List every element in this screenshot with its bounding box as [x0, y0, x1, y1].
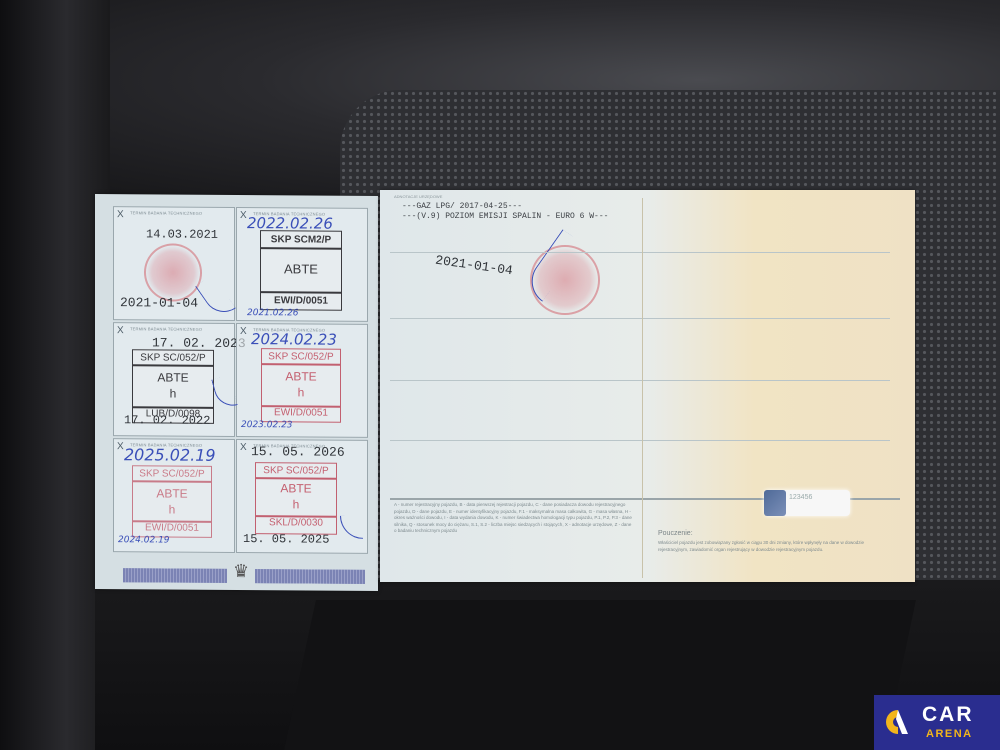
inspection-page: X TERMIN BADANIA TECHNICZNEGO 14.03.2021… — [95, 194, 378, 591]
station-id: SKP SC/052/P — [256, 465, 336, 477]
slot-mark: X — [240, 326, 247, 337]
ruled-line — [390, 252, 890, 253]
examiner-code: SKL/D/0030 — [256, 517, 336, 529]
car-arena-logo-icon — [884, 707, 910, 737]
polish-eagle-emblem: ♛ — [233, 561, 249, 582]
station-stamp: SKP SC/052/P ABTE h SKL/D/0030 — [255, 462, 337, 535]
annotation-line: ---GAZ LPG/ 2017-04-25--- — [402, 202, 522, 211]
station-company: ABTE — [133, 370, 213, 385]
hologram-icon — [764, 490, 786, 516]
slot-mark: X — [117, 441, 124, 452]
station-id: SKP SC/052/P — [133, 352, 213, 364]
station-id: SKP SCM2/P — [261, 234, 341, 246]
registration-document: X TERMIN BADANIA TECHNICZNEGO 14.03.2021… — [95, 190, 915, 590]
next-inspection-date: 15. 05. 2026 — [251, 444, 345, 460]
next-inspection-date: 14.03.2021 — [146, 227, 218, 242]
seat-side-bolster — [0, 0, 110, 750]
annotation-stamp-date: 2021-01-04 — [434, 253, 513, 279]
station-id: SKP SC/052/P — [133, 468, 211, 480]
security-band — [255, 569, 365, 584]
next-inspection-date: 2024.02.23 — [251, 330, 337, 349]
examiner-code: EWI/D/0051 — [133, 522, 211, 534]
car-arena-watermark-logo: CAR ARENA — [874, 695, 1000, 750]
official-seal — [144, 243, 202, 301]
page-header: ADNOTACJE URZĘDOWE — [394, 194, 442, 199]
column-divider — [642, 198, 643, 578]
security-band — [123, 568, 227, 583]
station-company: ABTE — [256, 481, 336, 496]
station-company: ABTE — [133, 486, 211, 501]
inspection-slot-4: X TERMIN BADANIA TECHNICZNEGO 2024.02.23… — [236, 323, 368, 438]
slot-header: TERMIN BADANIA TECHNICZNEGO — [130, 210, 230, 216]
ruled-line — [390, 318, 890, 319]
field-legend-text: A - numer rejestracyjny pojazdu, B - dat… — [394, 502, 634, 535]
inspection-category: h — [256, 497, 336, 512]
issue-date: 17. 02. 2022 — [124, 413, 210, 428]
notice-title: Pouczenie: — [658, 530, 693, 537]
ruled-line — [390, 380, 890, 381]
slot-header: TERMIN BADANIA TECHNICZNEGO — [130, 326, 230, 332]
station-stamp: SKP SCM2/P ABTE EWI/D/0051 — [260, 230, 342, 311]
sticker-number: 123456 — [789, 494, 812, 501]
station-stamp: SKP SC/052/P ABTE h EWI/D/0051 — [261, 348, 341, 423]
document-cover-flap — [284, 600, 916, 750]
inspection-category: h — [133, 502, 211, 517]
slot-mark: X — [117, 325, 124, 336]
logo-text-car: CAR — [922, 703, 974, 727]
issue-date: 15. 05. 2025 — [243, 532, 329, 547]
annotation-line: ---(V.9) POZIOM EMISJI SPALIN - EURO 6 W… — [402, 212, 608, 221]
inspection-slot-5: X TERMIN BADANIA TECHNICZNEGO 2025.02.19… — [113, 438, 235, 553]
examiner-code: EWI/D/0051 — [261, 295, 341, 307]
inspection-slot-6: X TERMIN BADANIA TECHNICZNEGO 15. 05. 20… — [236, 439, 368, 554]
inspection-category: h — [133, 386, 213, 401]
examiner-code: EWI/D/0051 — [262, 407, 340, 419]
station-company: ABTE — [262, 369, 340, 384]
issue-date: 2024.02.19 — [118, 535, 170, 545]
next-inspection-date: 2025.02.19 — [124, 445, 216, 465]
issue-date: 2021-01-04 — [120, 295, 198, 311]
issue-date: 2021.02.26 — [247, 308, 299, 318]
slot-mark: X — [240, 442, 247, 453]
station-stamp: SKP SC/052/P ABTE h EWI/D/0051 — [132, 465, 212, 538]
slot-mark: X — [117, 209, 124, 220]
station-id: SKP SC/052/P — [262, 351, 340, 363]
inspection-slot-2: X TERMIN BADANIA TECHNICZNEGO 2022.02.26… — [236, 207, 368, 322]
station-company: ABTE — [261, 261, 341, 277]
slot-mark: X — [240, 210, 247, 221]
notice-text: Właściciel pojazdu jest zobowiązany zgło… — [658, 540, 888, 553]
issue-date: 2023.02.23 — [241, 420, 293, 430]
ruled-line — [390, 440, 890, 441]
logo-text-arena: ARENA — [926, 728, 973, 740]
hologram-sticker: 123456 — [764, 490, 850, 516]
official-annotations-page: ADNOTACJE URZĘDOWE ---GAZ LPG/ 2017-04-2… — [380, 190, 915, 582]
inspection-category: h — [262, 385, 340, 400]
